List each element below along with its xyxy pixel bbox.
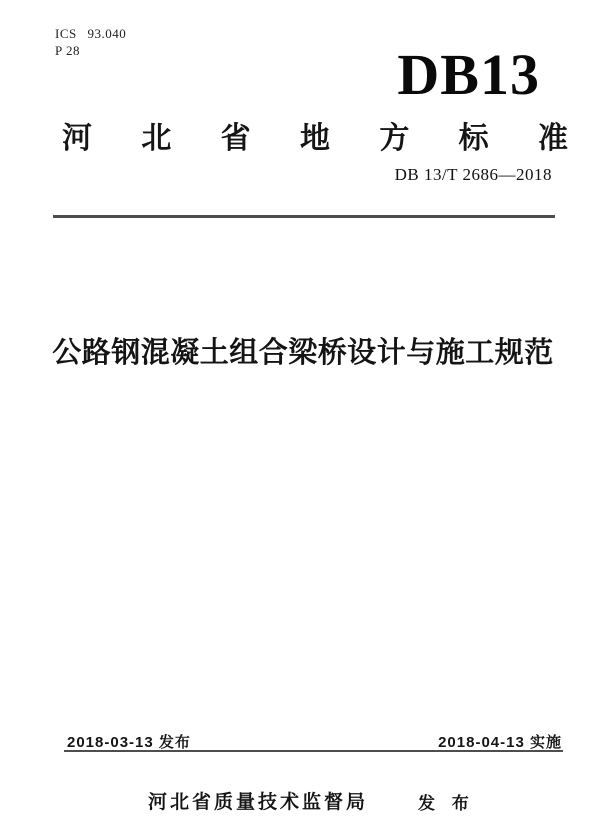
standard-category-title: 河 北 省 地 方 标 准 [62,113,568,157]
db13-logo: DB13 [397,46,540,104]
category-char: 方 [379,113,409,157]
document-title: 公路钢混凝土组合梁桥设计与施工规范 [0,330,606,371]
category-char: 北 [141,113,171,157]
standard-cover-page: ICS 93.040 P 28 DB13 河 北 省 地 方 标 准 DB 13… [0,0,606,840]
footer-divider-rule [64,750,563,752]
issuing-authority: 河北省质量技术监督局 [148,787,368,814]
issue-date: 2018-03-13 发布 [67,731,191,752]
category-char: 河 [62,113,92,157]
category-char: 地 [300,113,330,157]
ics-classification-block: ICS 93.040 P 28 [55,25,126,59]
header-divider-rule [53,215,555,218]
document-class-code: P 28 [55,42,126,59]
standard-number: DB 13/T 2686—2018 [395,165,552,185]
implementation-date: 2018-04-13 实施 [438,731,562,752]
dates-row: 2018-03-13 发布 2018-04-13 实施 [0,731,606,751]
category-char: 标 [459,113,489,157]
category-char: 省 [221,113,251,157]
category-char: 准 [538,113,568,157]
ics-code: ICS 93.040 [55,25,126,42]
publish-label: 发 布 [418,789,475,814]
